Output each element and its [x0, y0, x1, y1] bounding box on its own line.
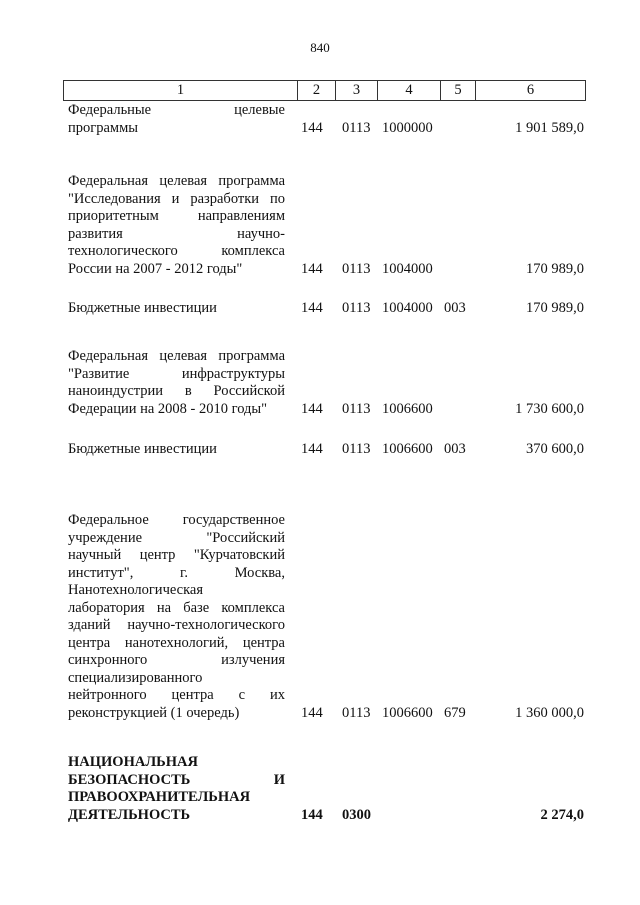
- row-description: Бюджетные инвестиции: [68, 441, 285, 459]
- table-header: 1 2 3 4 5 6: [63, 80, 586, 101]
- cell-ministry-code: 144: [301, 441, 323, 459]
- cell-ministry-code: 144: [301, 807, 323, 825]
- cell-target-code: 1004000: [382, 300, 433, 318]
- cell-target-code: 1004000: [382, 261, 433, 279]
- cell-target-code: 1000000: [382, 120, 433, 138]
- cell-target-code: 1006600: [382, 441, 433, 459]
- cell-ministry-code: 144: [301, 120, 323, 138]
- cell-expense-type: 679: [444, 705, 466, 723]
- header-col-2: 2: [298, 81, 336, 101]
- cell-target-code: 1006600: [382, 401, 433, 419]
- cell-expense-type: 003: [444, 441, 466, 459]
- header-col-3: 3: [336, 81, 378, 101]
- row-description: Федеральная целевая программа "Развитие …: [68, 348, 285, 418]
- cell-amount: 1 360 000,0: [515, 705, 584, 723]
- cell-section-code: 0113: [342, 261, 370, 279]
- cell-target-code: 1006600: [382, 705, 433, 723]
- cell-amount: 170 989,0: [526, 261, 584, 279]
- cell-section-code: 0300: [342, 807, 371, 825]
- row-description: НАЦИОНАЛЬНАЯ БЕЗОПАСНОСТЬ И ПРАВООХРАНИТ…: [68, 754, 285, 824]
- cell-amount: 1 730 600,0: [515, 401, 584, 419]
- row-description: Федеральная целевая программа "Исследова…: [68, 173, 285, 278]
- cell-section-code: 0113: [342, 705, 370, 723]
- cell-ministry-code: 144: [301, 401, 323, 419]
- cell-section-code: 0113: [342, 401, 370, 419]
- cell-amount: 2 274,0: [541, 807, 585, 825]
- cell-section-code: 0113: [342, 300, 370, 318]
- cell-section-code: 0113: [342, 120, 370, 138]
- cell-amount: 1 901 589,0: [515, 120, 584, 138]
- header-col-5: 5: [441, 81, 476, 101]
- cell-amount: 170 989,0: [526, 300, 584, 318]
- row-description: Федеральное государственное учреждение "…: [68, 512, 285, 722]
- page-number: 840: [0, 40, 640, 56]
- cell-amount: 370 600,0: [526, 441, 584, 459]
- cell-ministry-code: 144: [301, 261, 323, 279]
- cell-ministry-code: 144: [301, 300, 323, 318]
- header-col-1: 1: [64, 81, 298, 101]
- cell-section-code: 0113: [342, 441, 370, 459]
- cell-ministry-code: 144: [301, 705, 323, 723]
- row-description: Бюджетные инвестиции: [68, 300, 285, 318]
- row-description: Федеральные целевые программы: [68, 102, 285, 137]
- header-col-6: 6: [476, 81, 586, 101]
- header-col-4: 4: [378, 81, 441, 101]
- cell-expense-type: 003: [444, 300, 466, 318]
